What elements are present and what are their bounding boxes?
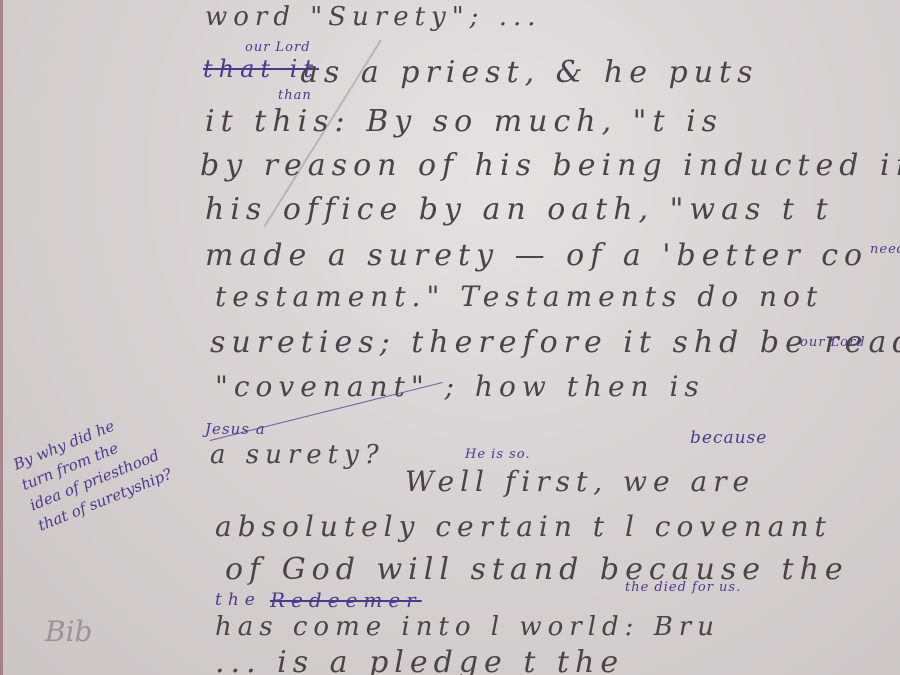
manuscript-line-5: his office by an oath, "was t t [205, 192, 834, 227]
inserted-text: our Lord [800, 335, 866, 350]
manuscript-line-9: "covenant" ; how then is [215, 370, 705, 403]
manuscript-line-12: absolutely certain t l covenant [215, 510, 832, 543]
manuscript-line-8: sureties; therefore it shd be read [210, 325, 900, 360]
inserted-text: the [215, 590, 261, 610]
manuscript-line-3: it this: By so much, "t is [205, 104, 723, 139]
manuscript-page: word "Surety"; ... our Lord that it as a… [0, 0, 900, 675]
manuscript-line-13: of God will stand because the [225, 552, 849, 587]
pencil-mark: Bib [45, 615, 92, 648]
inserted-text: because [690, 428, 767, 448]
inserted-text: need [870, 242, 900, 257]
manuscript-line-7: testament." Testaments do not [215, 280, 823, 313]
manuscript-line-1: word "Surety"; ... [205, 2, 542, 32]
margin-note: By why did he turn from the idea of prie… [10, 380, 228, 537]
manuscript-line-11: Well first, we are [405, 465, 755, 498]
page-edge [0, 0, 3, 675]
inserted-text: our Lord [245, 40, 311, 55]
manuscript-line-15: ... is a pledge t the [215, 645, 624, 675]
manuscript-line-2: as a priest, & he puts [300, 55, 758, 90]
struck-text: Redeemer [270, 588, 422, 612]
manuscript-line-10: a surety? [210, 440, 385, 470]
manuscript-line-14: has come into l world: Bru [215, 612, 720, 642]
inserted-text: He is so. [465, 447, 531, 462]
inserted-text: the died for us. [625, 580, 741, 595]
manuscript-line-6: made a surety — of a 'better co [205, 238, 868, 273]
manuscript-line-4: by reason of his being inducted into [200, 148, 900, 183]
inserted-text: than [278, 88, 312, 103]
